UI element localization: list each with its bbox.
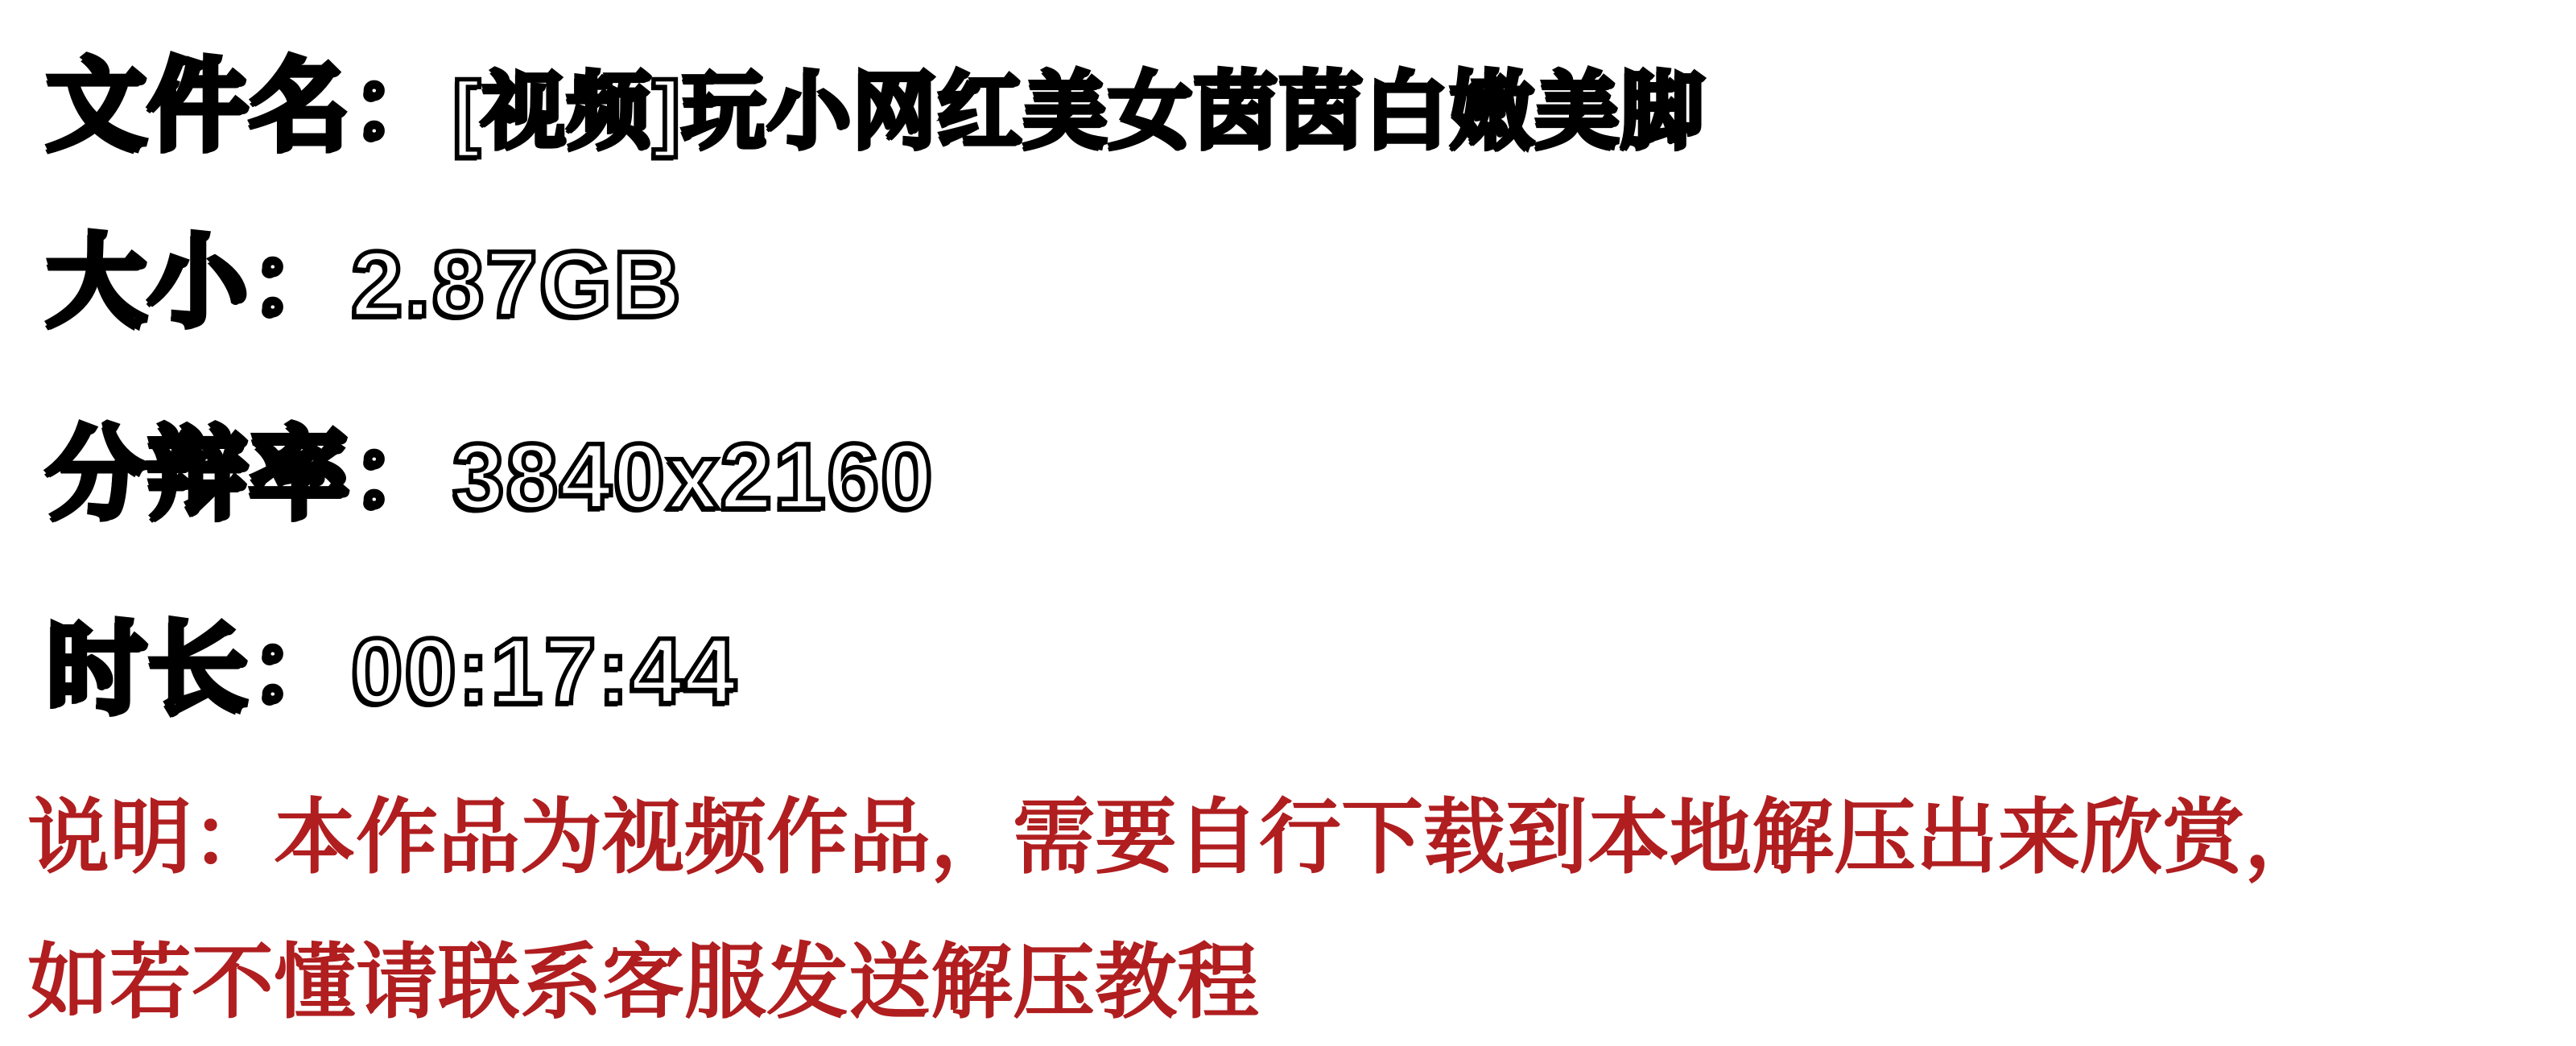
size-label: 大小： [47,233,351,332]
filename-line: 文件名：[视频]玩小网红美女茵茵白嫩美脚 [47,56,2576,156]
filename-value: [视频]玩小网红美女茵茵白嫩美脚 [452,70,1706,154]
resolution-value: 3840x2160 [452,430,935,523]
file-info-document: 文件名：[视频]玩小网红美女茵茵白嫩美脚 大小：2.87GB 分辩率：3840x… [0,0,2576,1031]
notice-line-2: 如若不懂请联系客服发送解压教程 [27,935,2576,1030]
resolution-line: 分辩率：3840x2160 [47,425,2576,525]
size-line: 大小：2.87GB [47,233,2576,332]
size-value: 2.87GB [351,237,683,331]
resolution-label: 分辩率： [47,425,452,525]
notice-line-1: 说明：本作品为视频作品，需要自行下载到本地解压出来欣赏， [27,790,2576,885]
duration-label: 时长： [47,620,351,719]
notice-text: 说明：本作品为视频作品，需要自行下载到本地解压出来欣赏， 如若不懂请联系客服发送… [27,790,2576,1031]
duration-value: 00:17:44 [351,624,737,718]
filename-label: 文件名： [47,56,452,156]
duration-line: 时长：00:17:44 [47,620,2576,719]
